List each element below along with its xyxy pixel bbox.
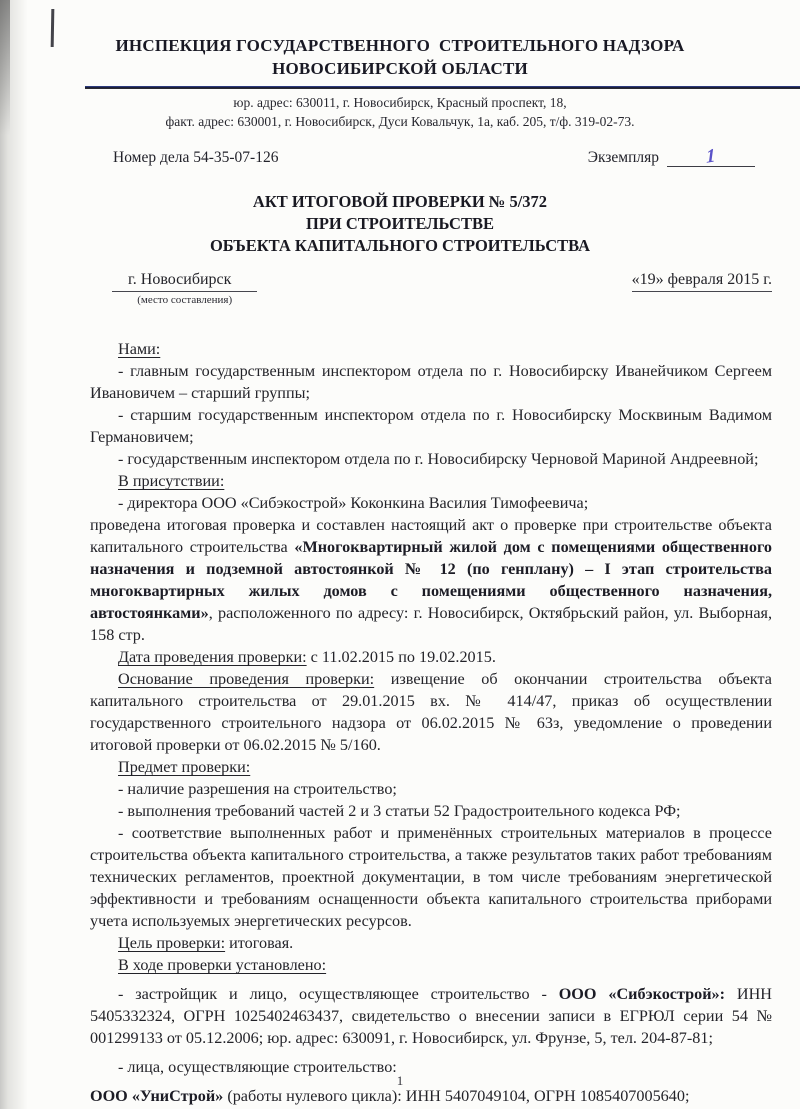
paragraph: - главным государственным инспектором от… [90, 360, 772, 404]
paragraph: В ходе проверки установлено: [90, 954, 772, 976]
paragraph: - соответствие выполненных работ и приме… [90, 822, 772, 932]
paragraph: - застройщик и лицо, осуществляющее стро… [90, 983, 772, 1049]
paragraph: - директора ООО «Сибэкострой» Коконкина … [90, 492, 772, 514]
text-segment: В присутствии: [118, 472, 224, 490]
title-line1: АКТ ИТОГОВОЙ ПРОВЕРКИ № 5/372 [0, 191, 800, 213]
scan-corner-shadow [0, 0, 10, 135]
org-name-line2: НОВОСИБИРСКОЙ ОБЛАСТИ [0, 57, 800, 80]
text-segment: итоговая. [225, 934, 293, 952]
case-number: Номер дела 54-35-07-126 [113, 149, 278, 167]
letterhead: ИНСПЕКЦИЯ ГОСУДАРСТВЕННОГО СТРОИТЕЛЬНОГО… [0, 0, 800, 131]
text-segment: - старшим государственным инспектором от… [90, 406, 772, 446]
paragraph: Нами: [90, 338, 772, 360]
title-line2: ПРИ СТРОИТЕЛЬСТВЕ [0, 213, 800, 235]
paragraph: - выполнения требований частей 2 и 3 ста… [90, 800, 772, 822]
paragraph: - старшим государственным инспектором от… [90, 404, 772, 448]
paragraph: Предмет проверки: [90, 756, 772, 778]
text-segment: В ходе проверки установлено: [118, 956, 326, 974]
text-segment: Цель проверки: [118, 934, 225, 952]
document-title: АКТ ИТОГОВОЙ ПРОВЕРКИ № 5/372 ПРИ СТРОИТ… [0, 191, 800, 257]
exemplar-block: Экземпляр1 [588, 149, 755, 167]
text-segment: - государственным инспектором отдела по … [118, 450, 758, 468]
text-segment: Основание проведения проверки: [118, 670, 374, 688]
exemplar-handwritten-value: 1 [706, 149, 716, 165]
exemplar-value-line: 1 [667, 150, 755, 167]
paragraph: Цель проверки: итоговая. [90, 932, 772, 954]
document-body: Нами:- главным государственным инспектор… [90, 338, 772, 1107]
place-caption: (место составления) [112, 294, 257, 306]
text-segment: ООО «Сибэкострой»: [559, 985, 725, 1003]
paragraph: Основание проведения проверки: извещение… [90, 668, 772, 756]
case-row: Номер дела 54-35-07-126 Экземпляр1 [113, 149, 755, 167]
text-segment: - главным государственным инспектором от… [90, 362, 772, 402]
page-number: 1 [0, 1073, 800, 1089]
text-segment: - наличие разрешения на строительство; [118, 780, 397, 798]
actual-address: факт. адрес: 630001, г. Новосибирск, Дус… [0, 112, 800, 131]
place-block: г. Новосибирск (место составления) [112, 270, 257, 306]
legal-address: юр. адрес: 630011, г. Новосибирск, Красн… [0, 93, 800, 112]
letterhead-rule [85, 86, 800, 89]
paragraph: - наличие разрешения на строительство; [90, 778, 772, 800]
text-segment: - директора ООО «Сибэкострой» Коконкина … [118, 494, 588, 512]
text-segment: ООО «УниСтрой» [90, 1087, 223, 1105]
text-segment: Предмет проверки: [118, 758, 250, 776]
text-segment: - соответствие выполненных работ и приме… [90, 824, 772, 930]
text-segment: - застройщик и лицо, осуществляющее стро… [118, 985, 559, 1003]
exemplar-label: Экземпляр [588, 149, 659, 166]
paragraph: проведена итоговая проверка и составлен … [90, 514, 772, 646]
scan-edge-shadow [0, 0, 27, 1109]
place-of-drafting: г. Новосибирск [112, 270, 257, 292]
text-segment: (работы нулевого цикла): ИНН 5407049104,… [223, 1087, 689, 1105]
place-date-row: г. Новосибирск (место составления) «19» … [112, 270, 772, 306]
document-date: «19» февраля 2015 г. [632, 270, 772, 292]
text-segment: - выполнения требований частей 2 и 3 ста… [118, 802, 681, 820]
paragraph: Дата проведения проверки: с 11.02.2015 п… [90, 646, 772, 668]
text-segment: Дата проведения проверки: [118, 648, 307, 666]
title-line3: ОБЪЕКТА КАПИТАЛЬНОГО СТРОИТЕЛЬСТВА [0, 235, 800, 257]
paragraph: В присутствии: [90, 470, 772, 492]
paragraph: - государственным инспектором отдела по … [90, 448, 772, 470]
text-segment: Нами: [118, 340, 160, 358]
text-segment: с 11.02.2015 по 19.02.2015. [307, 648, 496, 666]
document-page: ИНСПЕКЦИЯ ГОСУДАРСТВЕННОГО СТРОИТЕЛЬНОГО… [0, 0, 800, 1109]
org-name-line1: ИНСПЕКЦИЯ ГОСУДАРСТВЕННОГО СТРОИТЕЛЬНОГО… [0, 34, 800, 57]
